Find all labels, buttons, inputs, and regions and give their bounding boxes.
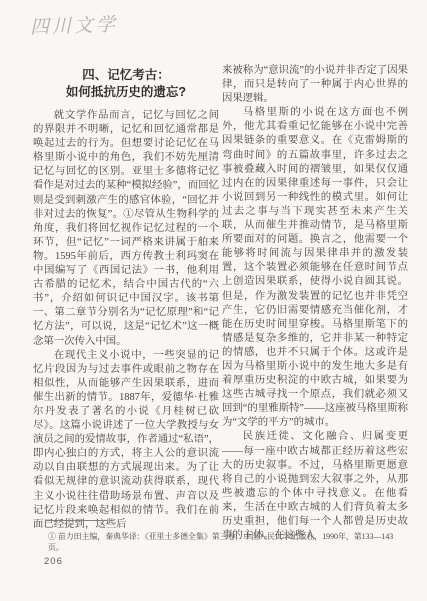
body-paragraph: 来被称为“意识流”的小说并非否定了因果律，而只是转向了一种属于内心世界的因果逻辑… (222, 64, 408, 106)
body-paragraph: 民族迁徙、文化融合、归属变更——每一座中欧古城都正经历着这些宏大的历史叙事。不过… (222, 430, 408, 543)
footnote-divider (45, 520, 107, 521)
section-title-line1: 四、记忆考古： (33, 67, 219, 84)
footnote: ① 苗力田主编，秦典华译：《亚里士多德全集》第三卷，中国人民大学出版社，1990… (48, 531, 400, 553)
section-title-line2: 如何抵抗历史的遗忘? (33, 84, 219, 101)
scanned-journal-page: 四川文学 四、记忆考古： 如何抵抗历史的遗忘? 就文学作品而言，记忆与回忆之间的… (0, 0, 427, 601)
text-column-right: 来被称为“意识流”的小说并非否定了因果律，而只是转向了一种属于内心世界的因果逻辑… (222, 64, 408, 543)
page-number: 206 (44, 556, 63, 567)
magazine-logo: 四川文学 (30, 12, 119, 41)
body-paragraph: 在现代主义小说中，一些突显的记忆片段因为与过去事件或眼前之物存在相似性，从而能够… (33, 349, 219, 532)
body-paragraph: 马格里斯的小说在这方面也不例外，他尤其看重记忆能够在小说中完善因果链条的重要意义… (222, 106, 408, 430)
section-title: 四、记忆考古： 如何抵抗历史的遗忘? (33, 67, 219, 100)
body-paragraph: 就文学作品而言，记忆与回忆之间的界限并不明晰，记忆和回忆通常都是唤起过去的行为。… (33, 109, 219, 349)
article-body: 四、记忆考古： 如何抵抗历史的遗忘? 就文学作品而言，记忆与回忆之间的界限并不明… (33, 64, 408, 543)
text-column-left: 四、记忆考古： 如何抵抗历史的遗忘? 就文学作品而言，记忆与回忆之间的界限并不明… (33, 64, 219, 543)
